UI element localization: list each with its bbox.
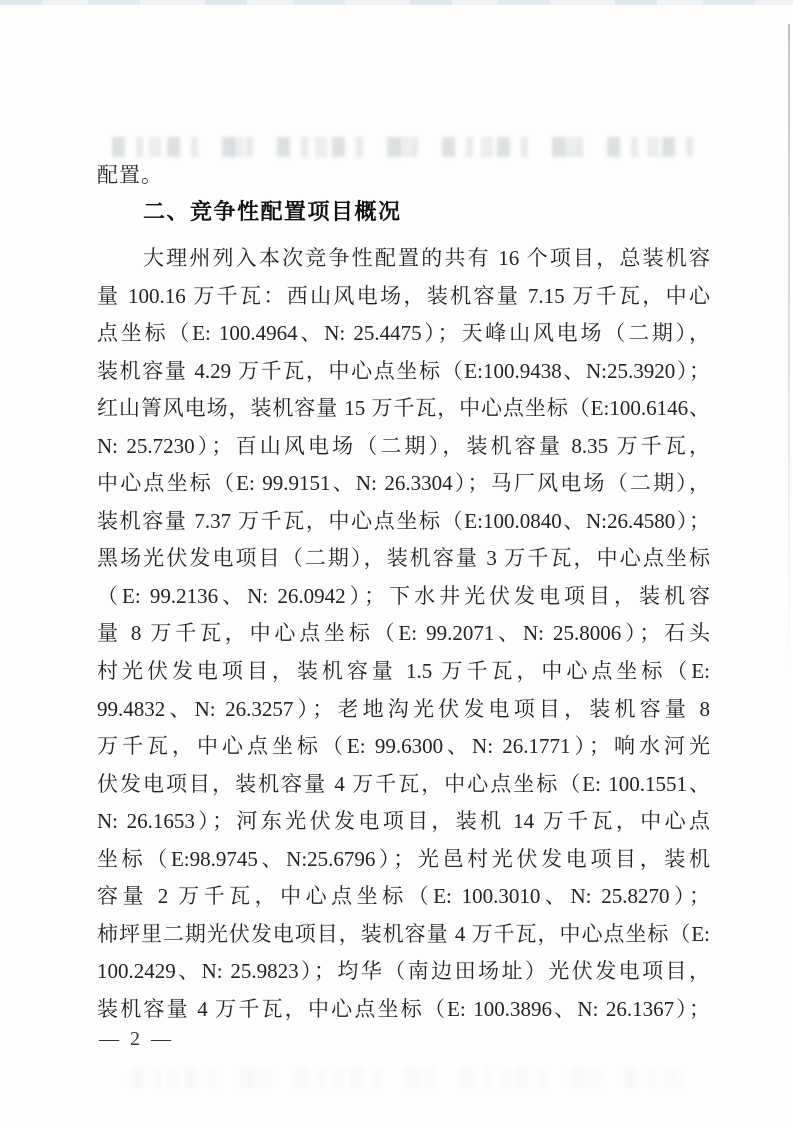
- paragraph-continuation-line: 配置。: [97, 162, 163, 188]
- paragraph-line: 容量 2 万千瓦，中心点坐标（E: 100.3010、N: 25.8270）；: [97, 878, 710, 916]
- paragraph-line: 红山箐风电场，装机容量 15 万千瓦，中心点坐标（E:100.6146、: [97, 390, 710, 428]
- paragraph-line: 量 100.16 万千瓦：西山风电场，装机容量 7.15 万千瓦，中心: [97, 278, 710, 316]
- paragraph-line: 量 8 万千瓦，中心点坐标（E: 99.2071、N: 25.8006）；石头: [97, 615, 710, 653]
- paragraph-line: N: 25.7230）；百山风电场（二期），装机容量 8.35 万千瓦，: [97, 428, 710, 466]
- paragraph-line: 伏发电项目，装机容量 4 万千瓦，中心点坐标（E: 100.1551、: [97, 766, 710, 804]
- paragraph-line: 大理州列入本次竞争性配置的共有 16 个项目，总装机容: [97, 240, 710, 278]
- paragraph-line: 万千瓦，中心点坐标（E: 99.6300、N: 26.1771）；响水河光: [97, 728, 710, 766]
- paragraph-line: 100.2429、N: 25.9823）；均华（南边田场址）光伏发电项目，: [97, 953, 710, 991]
- scan-edge-top: [0, 0, 793, 5]
- paragraph-line: 点坐标（E: 100.4964、N: 25.4475）；天峰山风电场（二期），: [97, 315, 710, 353]
- paragraph-line: 黑场光伏发电项目（二期），装机容量 3 万千瓦，中心点坐标: [97, 540, 710, 578]
- paragraph-line: 装机容量 4.29 万千瓦，中心点坐标（E:100.9438、N:25.3920…: [97, 353, 710, 391]
- paragraph-line: 中心点坐标（E: 99.9151、N: 26.3304）；马厂风电场（二期），: [97, 465, 710, 503]
- paragraph-line: N: 26.1653）；河东光伏发电项目，装机 14 万千瓦，中心点: [97, 803, 710, 841]
- paragraph-line: 99.4832、N: 26.3257）；老地沟光伏发电项目，装机容量 8: [97, 691, 710, 729]
- section-heading: 二、竞争性配置项目概况: [143, 199, 402, 227]
- bleed-through-ghost-text-bottom: [130, 1068, 683, 1088]
- paragraph-line: 坐标（E:98.9745、N:25.6796）；光邑村光伏发电项目，装机: [97, 841, 710, 879]
- paragraph-line: 村光伏发电项目，装机容量 1.5 万千瓦，中心点坐标（E:: [97, 653, 710, 691]
- page-number: — 2 —: [99, 1027, 174, 1051]
- paragraph-line: 装机容量 7.37 万千瓦，中心点坐标（E:100.0840、N:26.4580…: [97, 503, 710, 541]
- paragraph-line: 装机容量 4 万千瓦，中心点坐标（E: 100.3896、N: 26.1367）…: [97, 991, 710, 1029]
- body-paragraph: 大理州列入本次竞争性配置的共有 16 个项目，总装机容 量 100.16 万千瓦…: [97, 240, 710, 1028]
- bleed-through-ghost-text-top: [112, 137, 701, 157]
- scan-edge-right: [788, 24, 790, 674]
- document-page: 配置。 二、竞争性配置项目概况 大理州列入本次竞争性配置的共有 16 个项目，总…: [0, 0, 793, 1122]
- paragraph-line: 柿坪里二期光伏发电项目，装机容量 4 万千瓦，中心点坐标（E:: [97, 916, 710, 954]
- paragraph-line: （E: 99.2136、N: 26.0942）；下水井光伏发电项目，装机容: [97, 578, 710, 616]
